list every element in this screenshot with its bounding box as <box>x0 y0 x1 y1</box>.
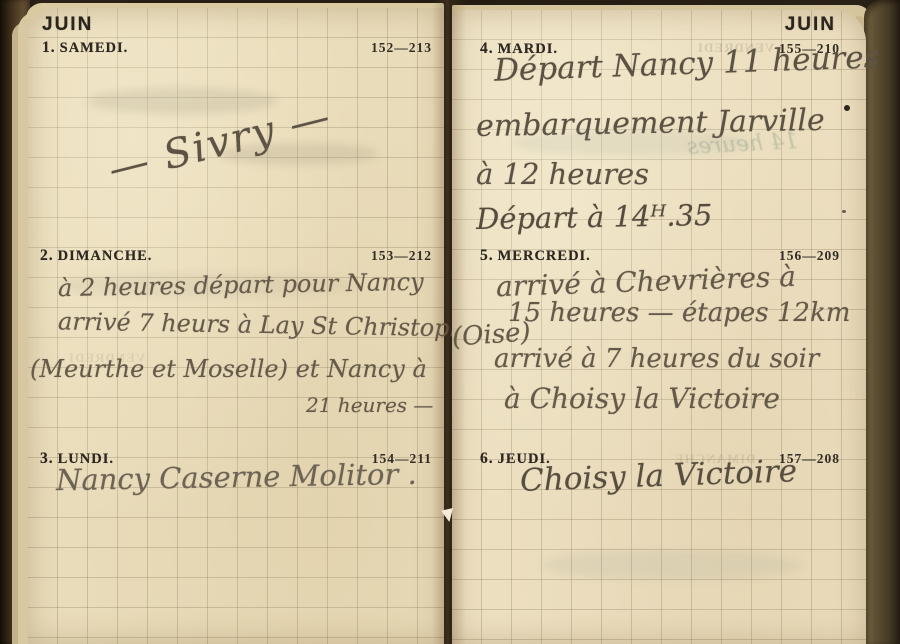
bleedthrough-smudge <box>218 143 378 165</box>
diary-spread: JUIN 1.SAMEDI. 152—213 — Sivry — 2.DIMAN… <box>0 0 900 644</box>
page-gutter-shadow <box>432 0 466 644</box>
month-header-left: JUIN <box>42 14 93 36</box>
bleedthrough-smudge <box>58 273 358 297</box>
day-name: DIMANCHE. <box>58 248 153 264</box>
handwriting-entry-3-line-1: Nancy Caserne Molitor . <box>56 457 417 497</box>
day-label-5-mercredi: 5.MERCREDI. <box>480 247 591 265</box>
handwriting-entry-5-line-2: 15 heures — étapes 12km <box>508 298 850 328</box>
bleedthrough-smudge <box>542 550 802 580</box>
day-number: 2. <box>40 247 54 264</box>
bleedthrough-day-label: VENDREDI <box>68 350 145 366</box>
day-number: 4. <box>480 40 494 57</box>
center-fold-crease <box>447 0 449 644</box>
day-number: 6. <box>480 450 494 467</box>
day-name: SAMEDI. <box>60 40 129 56</box>
month-header-right: JUIN <box>785 14 836 36</box>
handwriting-entry-5-line-1: arrivé à Chevrières à <box>496 260 797 303</box>
handwriting-entry-6-line-1: Choisy la Victoire <box>519 453 797 499</box>
bleedthrough-day-label: DIMANCHE <box>674 451 756 467</box>
bleedthrough-day-label: VENDREDI <box>697 40 774 56</box>
diary-page-left: JUIN 1.SAMEDI. 152—213 — Sivry — 2.DIMAN… <box>28 8 444 644</box>
handwriting-entry-2-line-2: arrivé 7 heurs à Lay St Christophe <box>58 307 480 342</box>
day-label-2-dimanche: 2.DIMANCHE. <box>40 247 152 265</box>
day-label-1-samedi: 1.SAMEDI. <box>42 39 128 57</box>
day-count-1: 152—213 <box>371 40 432 56</box>
day-number: 5. <box>480 247 494 264</box>
ink-dot <box>844 105 850 111</box>
day-number: 3. <box>40 450 54 467</box>
bleedthrough-smudge <box>512 130 752 156</box>
handwriting-entry-5-line-5: à Choisy la Victoire <box>504 382 780 415</box>
diary-page-right: JUIN 4.MARDI. 155—210 Départ Nancy 11 he… <box>452 10 866 644</box>
handwriting-entry-5-line-4: arrivé à 7 heures du soir <box>494 344 819 374</box>
book-cover-right-edge <box>864 0 900 644</box>
day-name: MERCREDI. <box>498 248 591 264</box>
bleedthrough-smudge <box>88 88 278 114</box>
handwriting-entry-2-line-4: 21 heures — <box>306 393 433 417</box>
day-number: 1. <box>42 39 56 56</box>
day-count-2: 153—212 <box>371 248 432 264</box>
handwriting-entry-4-line-4: Départ à 14ᴴ.35 <box>476 198 713 236</box>
ink-dot <box>842 210 846 213</box>
handwriting-entry-4-line-3: à 12 heures <box>476 157 649 191</box>
